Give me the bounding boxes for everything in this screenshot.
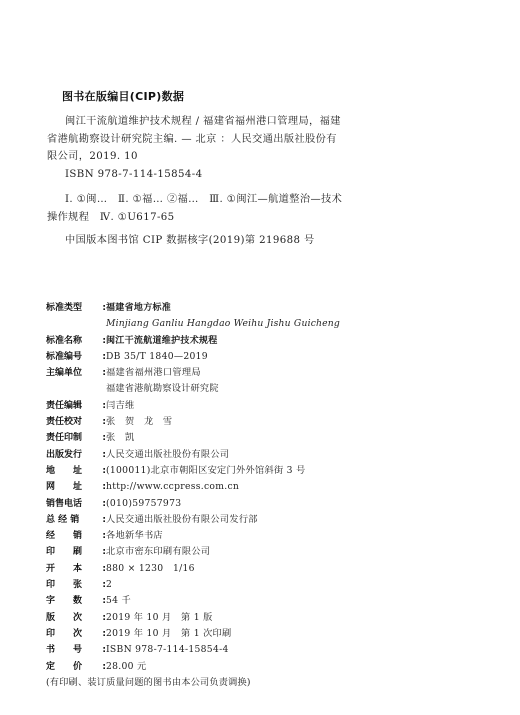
colophon-row-print-supervisor: 责任印制: 张 凯: [46, 430, 366, 446]
row-label: 字 数:: [46, 593, 106, 609]
colophon-row-sales-phone: 销售电话: (010)59757973: [46, 496, 366, 512]
row-value: 54 千: [106, 593, 131, 609]
row-label: 主编单位:: [46, 365, 106, 381]
row-label: 责任印制:: [46, 430, 106, 446]
row-label: 标准类型:: [46, 300, 106, 316]
cip-isbn: ISBN 978-7-114-15854-4: [47, 166, 347, 184]
row-label: 出版发行:: [46, 447, 106, 463]
colophon-row-editor-unit-2: 福建省港航勘察设计研究院: [46, 381, 366, 397]
colophon-row-general-distributor: 总 经 销: 人民交通出版社股份有限公司发行部: [46, 512, 366, 528]
colophon-row-printer: 印 刷: 北京市密东印刷有限公司: [46, 544, 366, 560]
row-value: 闽江干流航道维护技术规程: [106, 333, 218, 349]
colophon-row-impression: 印 次: 2019 年 10 月 第 1 次印刷: [46, 626, 366, 642]
colophon-row-format: 开 本: 880 × 1230 1/16: [46, 561, 366, 577]
row-value: 2019 年 10 月 第 1 版: [106, 610, 213, 626]
row-value: 2: [106, 577, 112, 593]
row-value: 闫吉维: [106, 398, 134, 414]
colophon-row-standard-type: 标准类型: 福建省地方标准: [46, 300, 366, 316]
row-value: 人民交通出版社股份有限公司: [106, 447, 229, 463]
row-label: 网 址:: [46, 479, 106, 495]
colophon-row-standard-name: 标准名称: 闽江干流航道维护技术规程: [46, 333, 366, 349]
row-value: 张 贺 龙 雪: [106, 414, 172, 430]
colophon-row-address: 地 址: (100011)北京市朝阳区安定门外外馆斜街 3 号: [46, 463, 366, 479]
row-label: 定 价:: [46, 659, 106, 675]
row-value: 人民交通出版社股份有限公司发行部: [106, 512, 258, 528]
row-value: 福建省福州港口管理局: [106, 365, 201, 381]
row-label: 开 本:: [46, 561, 106, 577]
cip-description: 闽江干流航道维护技术规程 / 福建省福州港口管理局，福建省港航勘察设计研究院主编…: [47, 113, 347, 166]
row-label: 印 刷:: [46, 544, 106, 560]
cip-classification: Ⅰ. ①闽… Ⅱ. ①福… ②福… Ⅲ. ①闽江—航道整治—技术操作规程 Ⅳ. …: [47, 191, 347, 226]
row-label: 标准名称:: [46, 333, 106, 349]
row-label: 印 次:: [46, 626, 106, 642]
colophon-row-edition: 版 次: 2019 年 10 月 第 1 版: [46, 610, 366, 626]
colophon-block: 标准类型: 福建省地方标准 Minjiang Ganliu Hangdao We…: [46, 300, 366, 691]
row-value: 各地新华书店: [106, 528, 163, 544]
colophon-row-word-count: 字 数: 54 千: [46, 593, 366, 609]
row-label: 标准编号:: [46, 349, 106, 365]
cip-data-block: 图书在版编目(CIP)数据 闽江干流航道维护技术规程 / 福建省福州港口管理局，…: [47, 88, 347, 250]
colophon-row-proofreader: 责任校对: 张 贺 龙 雪: [46, 414, 366, 430]
row-value: http://www.ccpress.com.cn: [106, 479, 239, 495]
row-value: 张 凯: [106, 430, 134, 446]
colophon-row-editor: 责任编辑: 闫吉维: [46, 398, 366, 414]
row-value: 福建省地方标准: [106, 300, 171, 316]
row-value: 北京市密东印刷有限公司: [106, 544, 210, 560]
quality-note: (有印刷、装订质量问题的图书由本公司负责调换): [46, 675, 366, 691]
row-value: ISBN 978-7-114-15854-4: [106, 642, 229, 658]
colophon-row-sheets: 印 张: 2: [46, 577, 366, 593]
row-label: 版 次:: [46, 610, 106, 626]
colophon-row-website: 网 址: http://www.ccpress.com.cn: [46, 479, 366, 495]
row-label: 责任编辑:: [46, 398, 106, 414]
row-label: 地 址:: [46, 463, 106, 479]
colophon-row-standard-number: 标准编号: DB 35/T 1840—2019: [46, 349, 366, 365]
row-value: 880 × 1230 1/16: [106, 561, 195, 577]
row-label: 经 销:: [46, 528, 106, 544]
row-label: 印 张:: [46, 577, 106, 593]
cip-catalog-number: 中国版本图书馆 CIP 数据核字(2019)第 219688 号: [47, 232, 347, 250]
colophon-row-editor-unit: 主编单位: 福建省福州港口管理局: [46, 365, 366, 381]
row-label: 总 经 销:: [46, 512, 106, 528]
colophon-row-distributor: 经 销: 各地新华书店: [46, 528, 366, 544]
row-value: (100011)北京市朝阳区安定门外外馆斜街 3 号: [106, 463, 306, 479]
row-value: 28.00 元: [106, 659, 147, 675]
colophon-row-publisher: 出版发行: 人民交通出版社股份有限公司: [46, 447, 366, 463]
cip-title: 图书在版编目(CIP)数据: [62, 88, 347, 104]
row-value: 2019 年 10 月 第 1 次印刷: [106, 626, 232, 642]
row-label: 责任校对:: [46, 414, 106, 430]
colophon-row-pinyin: Minjiang Ganliu Hangdao Weihu Jishu Guic…: [46, 316, 366, 332]
colophon-row-book-number: 书 号: ISBN 978-7-114-15854-4: [46, 642, 366, 658]
row-label: 销售电话:: [46, 496, 106, 512]
row-label: 书 号:: [46, 642, 106, 658]
row-value: (010)59757973: [106, 496, 181, 512]
row-value: DB 35/T 1840—2019: [106, 349, 208, 365]
colophon-row-price: 定 价: 28.00 元: [46, 659, 366, 675]
